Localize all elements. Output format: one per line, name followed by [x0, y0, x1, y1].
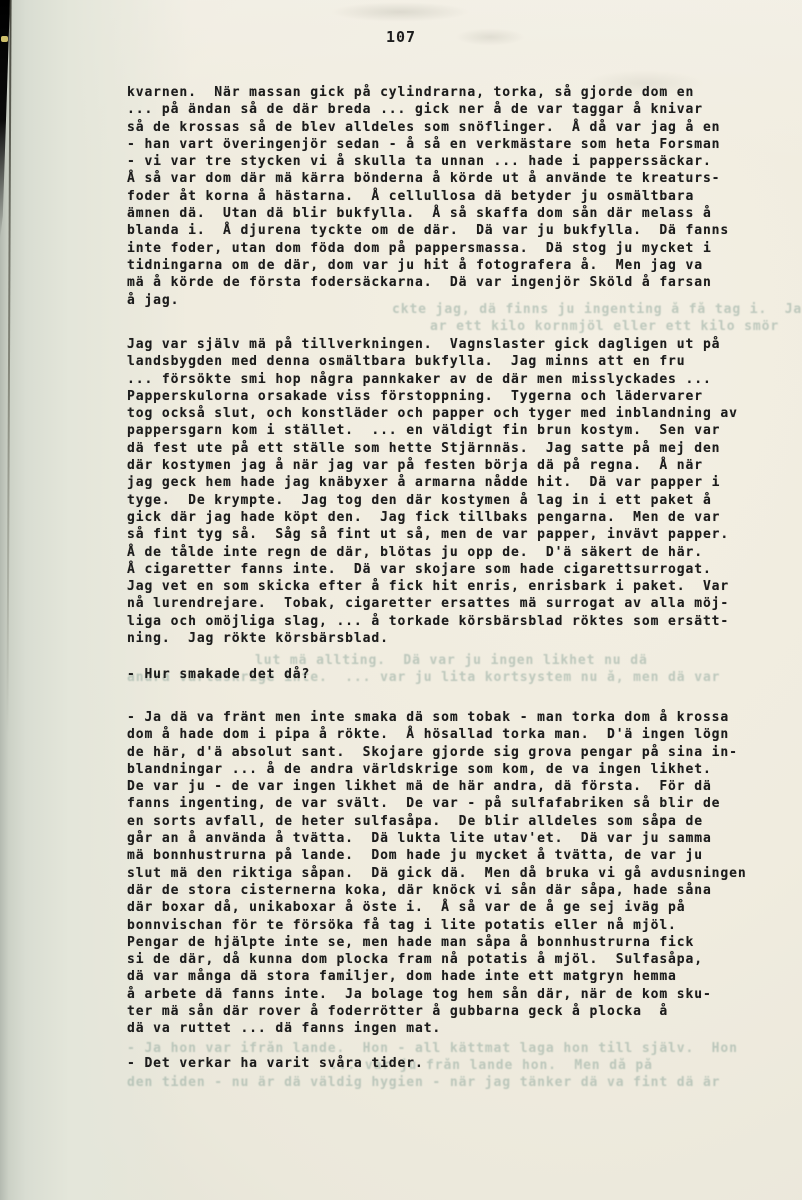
bleedthrough-text: ar ett kilo kornmjöl eller ett kilo smör	[430, 318, 779, 335]
page-number: 107	[0, 28, 802, 46]
scan-smudge	[330, 2, 470, 22]
paragraph-transcript-2: Jag var själv mä på tillverkningen. Vagn…	[127, 336, 738, 647]
page-edge-crease	[6, 0, 11, 734]
paragraph-transcript-3: - Ja dä va fränt men inte smaka dä som t…	[127, 709, 747, 1038]
bleedthrough-text: den tiden - nu är dä väldig hygien - när…	[127, 1074, 720, 1091]
interviewer-question: - Hur smakade det då?	[127, 666, 310, 683]
scanned-page: 107 ckte jag, dä finns ju ingenting å få…	[0, 0, 802, 1200]
interviewer-remark: - Det verkar ha varit svåra tider.	[127, 1055, 424, 1072]
paragraph-transcript-1: kvarnen. När massan gick på cylindrarna,…	[127, 84, 729, 309]
bleedthrough-text: lut mä allting. Dä var ju ingen likhet n…	[255, 652, 648, 669]
